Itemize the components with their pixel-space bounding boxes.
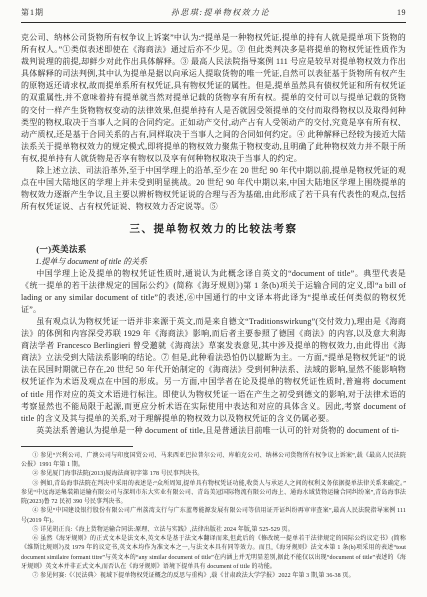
- footnote-1: ① 参见“兴利公司、广澳公司与印度国贸公司、马来西亚巴拉普尔公司、库帕克公司、纳…: [21, 452, 406, 471]
- body-paragraph: 克公司、纳林公司货物所有权争议上诉案”中认为:“提单是一种物权凭证,提单的持有人…: [21, 32, 406, 165]
- article-body: 克公司、纳林公司货物所有权争议上诉案”中认为:“提单是一种物权凭证,提单的持有人…: [21, 32, 406, 437]
- footnote-2: ② 参见厦门海事法院(2013)厦海法商初字第 178 号民事判决书。: [21, 470, 406, 479]
- footnote-7: ⑦ 参见何赛:《〈民法典〉视域下提单物权凭证概念的反思与重构》,载《甘肃政法大学…: [21, 572, 406, 581]
- page-header: 第1期 孙思琪:提单物权效力论 19: [21, 7, 406, 18]
- body-paragraph: 虽有观点认为物权凭证一语并非来源于英文,而是来自德文“Traditionswir…: [21, 316, 406, 425]
- body-paragraph: 英美法系普遍认为提单是一种 document of title,且是普通法目前唯…: [21, 425, 406, 437]
- journal-page: 第1期 孙思琪:提单物权效力论 19 克公司、纳林公司货物所有权争议上诉案”中认…: [0, 0, 427, 597]
- section-heading: 三、提单物权效力的比较法考察: [21, 221, 406, 236]
- footnote-5: ⑤ 详见胡正良:《海上货物运输合同法:原理、立法与实践》,法律出版社 2024 …: [21, 526, 406, 535]
- footnote-3: ③ 例如,青岛海事法院在判决中采用的表述是:“众所周知,提单具有物权凭证功能,收…: [21, 480, 406, 508]
- point-heading: 1.提单与 document of title 的关系: [21, 256, 406, 268]
- body-paragraph: 除上述立法、司法沿革外,至于中国学理上的沿革,至少在 20 世纪 90 年代中期…: [21, 165, 406, 213]
- footnotes-section: ① 参见“兴利公司、广澳公司与印度国贸公司、马来西亚巴拉普尔公司、库帕克公司、纳…: [21, 446, 406, 582]
- footnote-divider: [21, 446, 133, 447]
- header-divider: [21, 22, 406, 23]
- issue-label: 第1期: [21, 7, 44, 18]
- footnote-6: ⑥ 虽然《海牙规则》的正式文本是法文本,英文本是基于法文本翻译而来,但此后的《修…: [21, 535, 406, 572]
- subsection-heading: (一)英美法系: [21, 243, 406, 255]
- body-paragraph: 中国学理上论及提单的物权凭证性质时,通说认为此概念译自英文的“document …: [21, 268, 406, 316]
- running-title: 孙思琪:提单物权效力论: [171, 7, 270, 18]
- page-number: 19: [397, 7, 406, 18]
- footnote-4: ④ 参见“中国建设银行股份有限公司广州荔湾支行与广东蓝粤能源发展有限公司等信用证…: [21, 507, 406, 526]
